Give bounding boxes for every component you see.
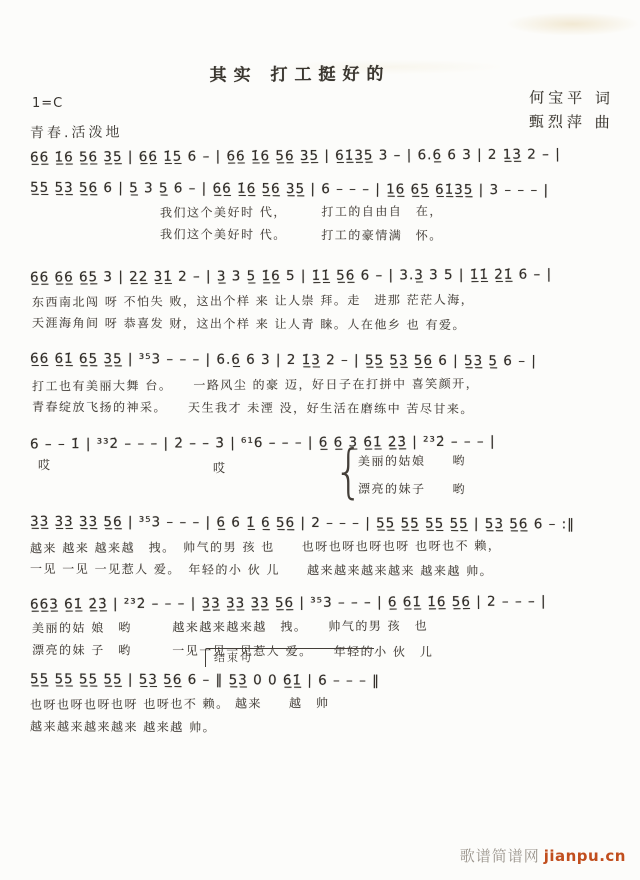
alt-lyric-line: 漂亮的妹子 哟 <box>358 480 466 498</box>
music-line-4: 6̲6̲ 6̲1̲̇ 6̲5̲ 3̲5̲ | ³⁵3 – – – | 6.6̲ … <box>30 351 537 370</box>
lyric-line: 也呀也呀也呀也呀 也呀也不 赖。 越来 越 帅 <box>30 694 330 713</box>
music-line-5: 6 – – 1̇ | ³³2̇ – – – | 2̇ – – 3̇ | ⁶¹6 … <box>30 434 496 453</box>
lyric-line: 青春绽放飞扬的神采。 天生我才 未湮 没，好生活在磨练中 苦尽甘来。 <box>32 398 474 417</box>
alt-lyric-line: 美丽的姑娘 哟 <box>358 452 466 470</box>
lyric-line: 我们这个美好时 代。 打工的豪情满 怀。 <box>160 225 443 243</box>
song-title: 其实 打工挺好的 <box>140 59 460 86</box>
credits-block: 何宝平 词 甄烈萍 曲 <box>529 86 614 135</box>
music-line-8: 5̲5̲ 5̲5̲ 5̲5̲ 5̲5̲ | 5̲3̲ 5̲6̲ 6 – ‖ 5̲… <box>30 671 380 689</box>
lyric-line: 越来 越来 越来越 拽。 帅气的男 孩 也 也呀也呀也呀也呀 也呀也不 赖， <box>30 537 501 557</box>
watermark: 歌谱简谱网jianpu.cn <box>460 845 626 866</box>
ending-phrase-label: 结束句 <box>214 649 253 665</box>
scan-smudge <box>505 12 640 36</box>
tempo-mark: 青春.活泼地 <box>30 122 123 143</box>
lyric-line: 美丽的姑 娘 哟 越来越来越来越 拽。 帅气的男 孩 也 <box>32 617 428 636</box>
watermark-site-name: 歌谱简谱网 <box>460 847 540 865</box>
lyric-line: 一见 一见 一见惹人 爱。 年轻的小 伙 儿 越来越来越来越来 越来越 帅。 <box>30 560 493 579</box>
lyric-line: 我们这个美好时 代， 打工的自由自 在， <box>160 202 443 221</box>
exclamation-lyric: 哎 <box>213 459 227 476</box>
composer-credit: 甄烈萍 曲 <box>529 110 614 135</box>
lyric-line: 越来越来越来越来 越来越 帅。 <box>30 718 216 736</box>
music-line-3: 6̲6̲ 6̲6̲ 6̲5̲ 3 | 2̲2̲ 3̲1̲̇ 2 – | 3̲ 3… <box>30 266 552 285</box>
lyric-line: 打工也有美丽大舞 台。 一路风尘 的豪 迈，好日子在打拼中 喜笑颜开， <box>32 375 479 395</box>
music-line-2: 5̲5̲ 5̲3̲ 5̲6̲ 6 | 5̲ 3 5̲ 6 – | 6̲6̲ 1̲… <box>30 180 549 199</box>
music-line-7: 6̲6̲3̲ 6̲̇1̲̇ 2̲̇3̲̇ | ²³2̇ – – – | 3̲3̲… <box>30 593 547 612</box>
lyricist-credit: 何宝平 词 <box>529 86 614 111</box>
ending-phrase-bracket: 结束句 <box>205 648 374 667</box>
key-signature: 1=C <box>32 96 63 111</box>
exclamation-lyric: 哎 <box>38 456 52 473</box>
lyric-line: 天涯海角间 呀 恭喜发 财，这出个样 来 让人青 睐。人在他乡 也 有爱。 <box>32 314 466 333</box>
music-line-6: 3̲3̲ 3̲3̲ 3̲3̲ 5̲6̲ | ³⁵3 – – – | 6̲ 6 1… <box>30 514 575 533</box>
music-line-1: 6̲6̲ 1̲̇6̲ 5̲6̲ 3̲5̲ | 6̲6̲ 1̲̇5̲ 6 – | … <box>30 146 561 165</box>
lyric-line: 东西南北闯 呀 不怕失 败，这出个样 来 让人崇 拜。走 进那 茫茫人海， <box>32 291 474 311</box>
watermark-site-url: jianpu.cn <box>544 847 626 865</box>
